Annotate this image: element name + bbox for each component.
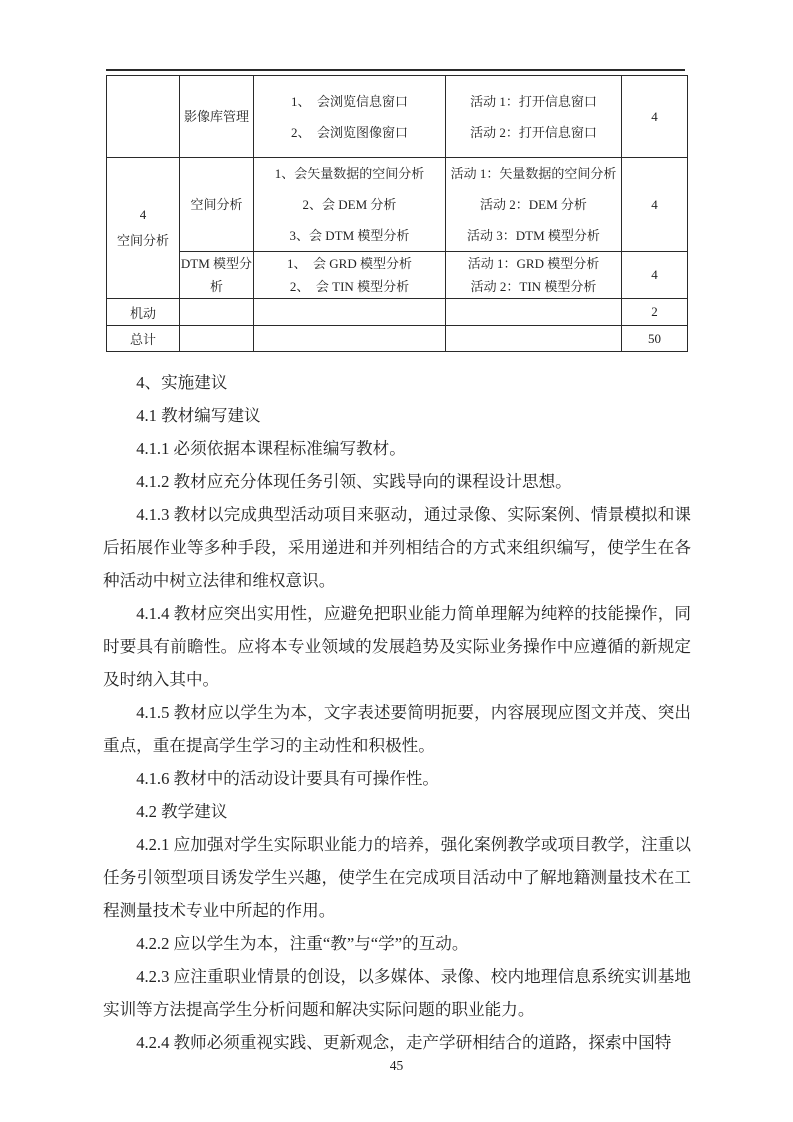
section-heading-4-2: 4.2 教学建议 [103,795,691,828]
table-row-dtm-model: DTM 模型分析 1、 会 GRD 模型分析 2、 会 TIN 模型分析 活动 … [107,252,688,299]
hours-cell: 4 [622,158,688,252]
empty-cell [180,326,254,352]
chapter-title: 空间分析 [107,228,179,254]
section-heading-4-1: 4.1 教材编写建议 [103,399,691,432]
skills-cell: 1、 会浏览信息窗口 2、 会浏览图像窗口 [254,76,446,158]
activity-line: 活动 3：DTM 模型分析 [446,220,621,251]
table-row-flexible-hours: 机动 2 [107,299,688,326]
paragraph-4-2-3: 4.2.3 应注重职业情景的创设，以多媒体、录像、校内地理信息系统实训基地实训等… [103,960,691,1026]
hours-cell: 4 [622,76,688,158]
chapter-number: 4 [107,202,179,228]
row-label: 总计 [107,326,180,352]
paragraph-4-1-1: 4.1.1 必须依据本课程标准编写教材。 [103,432,691,465]
paragraph-4-1-5: 4.1.5 教材应以学生为本，文字表述要简明扼要，内容展现应图文并茂、突出重点，… [103,696,691,762]
skills-cell: 1、会矢量数据的空间分析 2、会 DEM 分析 3、会 DTM 模型分析 [254,158,446,252]
empty-cell [446,299,622,326]
section-heading-4: 4、实施建议 [103,366,691,399]
seq-cell-chapter4: 4 空间分析 [107,158,180,299]
skill-line: 1、 会 GRD 模型分析 [254,252,445,275]
seq-cell-empty [107,76,180,158]
paragraph-4-2-2: 4.2.2 应以学生为本，注重“教”与“学”的互动。 [103,927,691,960]
row-label: 机动 [107,299,180,326]
skill-line: 1、会矢量数据的空间分析 [254,158,445,189]
skill-line: 2、 会浏览图像窗口 [254,117,445,148]
table-top-rule [106,69,685,71]
hours-cell: 4 [622,252,688,299]
topic-cell: DTM 模型分析 [180,252,254,299]
activity-line: 活动 1：打开信息窗口 [446,86,621,117]
activity-line: 活动 2：打开信息窗口 [446,117,621,148]
table-row-total: 总计 50 [107,326,688,352]
activities-cell: 活动 1：矢量数据的空间分析 活动 2：DEM 分析 活动 3：DTM 模型分析 [446,158,622,252]
activity-line: 活动 2：TIN 模型分析 [446,275,621,298]
course-content-table: 影像库管理 1、 会浏览信息窗口 2、 会浏览图像窗口 活动 1：打开信息窗口 … [106,75,688,352]
empty-cell [254,299,446,326]
document-page: 影像库管理 1、 会浏览信息窗口 2、 会浏览图像窗口 活动 1：打开信息窗口 … [0,0,793,1122]
skill-line: 2、会 DEM 分析 [254,189,445,220]
paragraph-4-1-6: 4.1.6 教材中的活动设计要具有可操作性。 [103,762,691,795]
activities-cell: 活动 1：打开信息窗口 活动 2：打开信息窗口 [446,76,622,158]
skill-line: 2、 会 TIN 模型分析 [254,275,445,298]
activity-line: 活动 1：矢量数据的空间分析 [446,158,621,189]
body-text: 4、实施建议 4.1 教材编写建议 4.1.1 必须依据本课程标准编写教材。 4… [103,366,691,1059]
activity-line: 活动 1：GRD 模型分析 [446,252,621,275]
hours-cell: 2 [622,299,688,326]
empty-cell [254,326,446,352]
topic-cell: 空间分析 [180,158,254,252]
topic-cell: 影像库管理 [180,76,254,158]
table-row-image-library: 影像库管理 1、 会浏览信息窗口 2、 会浏览图像窗口 活动 1：打开信息窗口 … [107,76,688,158]
activity-line: 活动 2：DEM 分析 [446,189,621,220]
empty-cell [180,299,254,326]
skill-line: 1、 会浏览信息窗口 [254,86,445,117]
activities-cell: 活动 1：GRD 模型分析 活动 2：TIN 模型分析 [446,252,622,299]
table-row-spatial-analysis: 4 空间分析 空间分析 1、会矢量数据的空间分析 2、会 DEM 分析 3、会 … [107,158,688,252]
paragraph-4-1-3: 4.1.3 教材以完成典型活动项目来驱动，通过录像、实际案例、情景模拟和课后拓展… [103,498,691,597]
paragraph-4-1-2: 4.1.2 教材应充分体现任务引领、实践导向的课程设计思想。 [103,465,691,498]
skill-line: 3、会 DTM 模型分析 [254,220,445,251]
hours-cell: 50 [622,326,688,352]
paragraph-4-2-4: 4.2.4 教师必须重视实践、更新观念，走产学研相结合的道路，探索中国特 [103,1026,691,1059]
paragraph-4-2-1: 4.2.1 应加强对学生实际职业能力的培养，强化案例教学或项目教学，注重以任务引… [103,828,691,927]
page-number: 45 [0,1058,793,1074]
skills-cell: 1、 会 GRD 模型分析 2、 会 TIN 模型分析 [254,252,446,299]
paragraph-4-1-4: 4.1.4 教材应突出实用性，应避免把职业能力简单理解为纯粹的技能操作，同时要具… [103,597,691,696]
empty-cell [446,326,622,352]
